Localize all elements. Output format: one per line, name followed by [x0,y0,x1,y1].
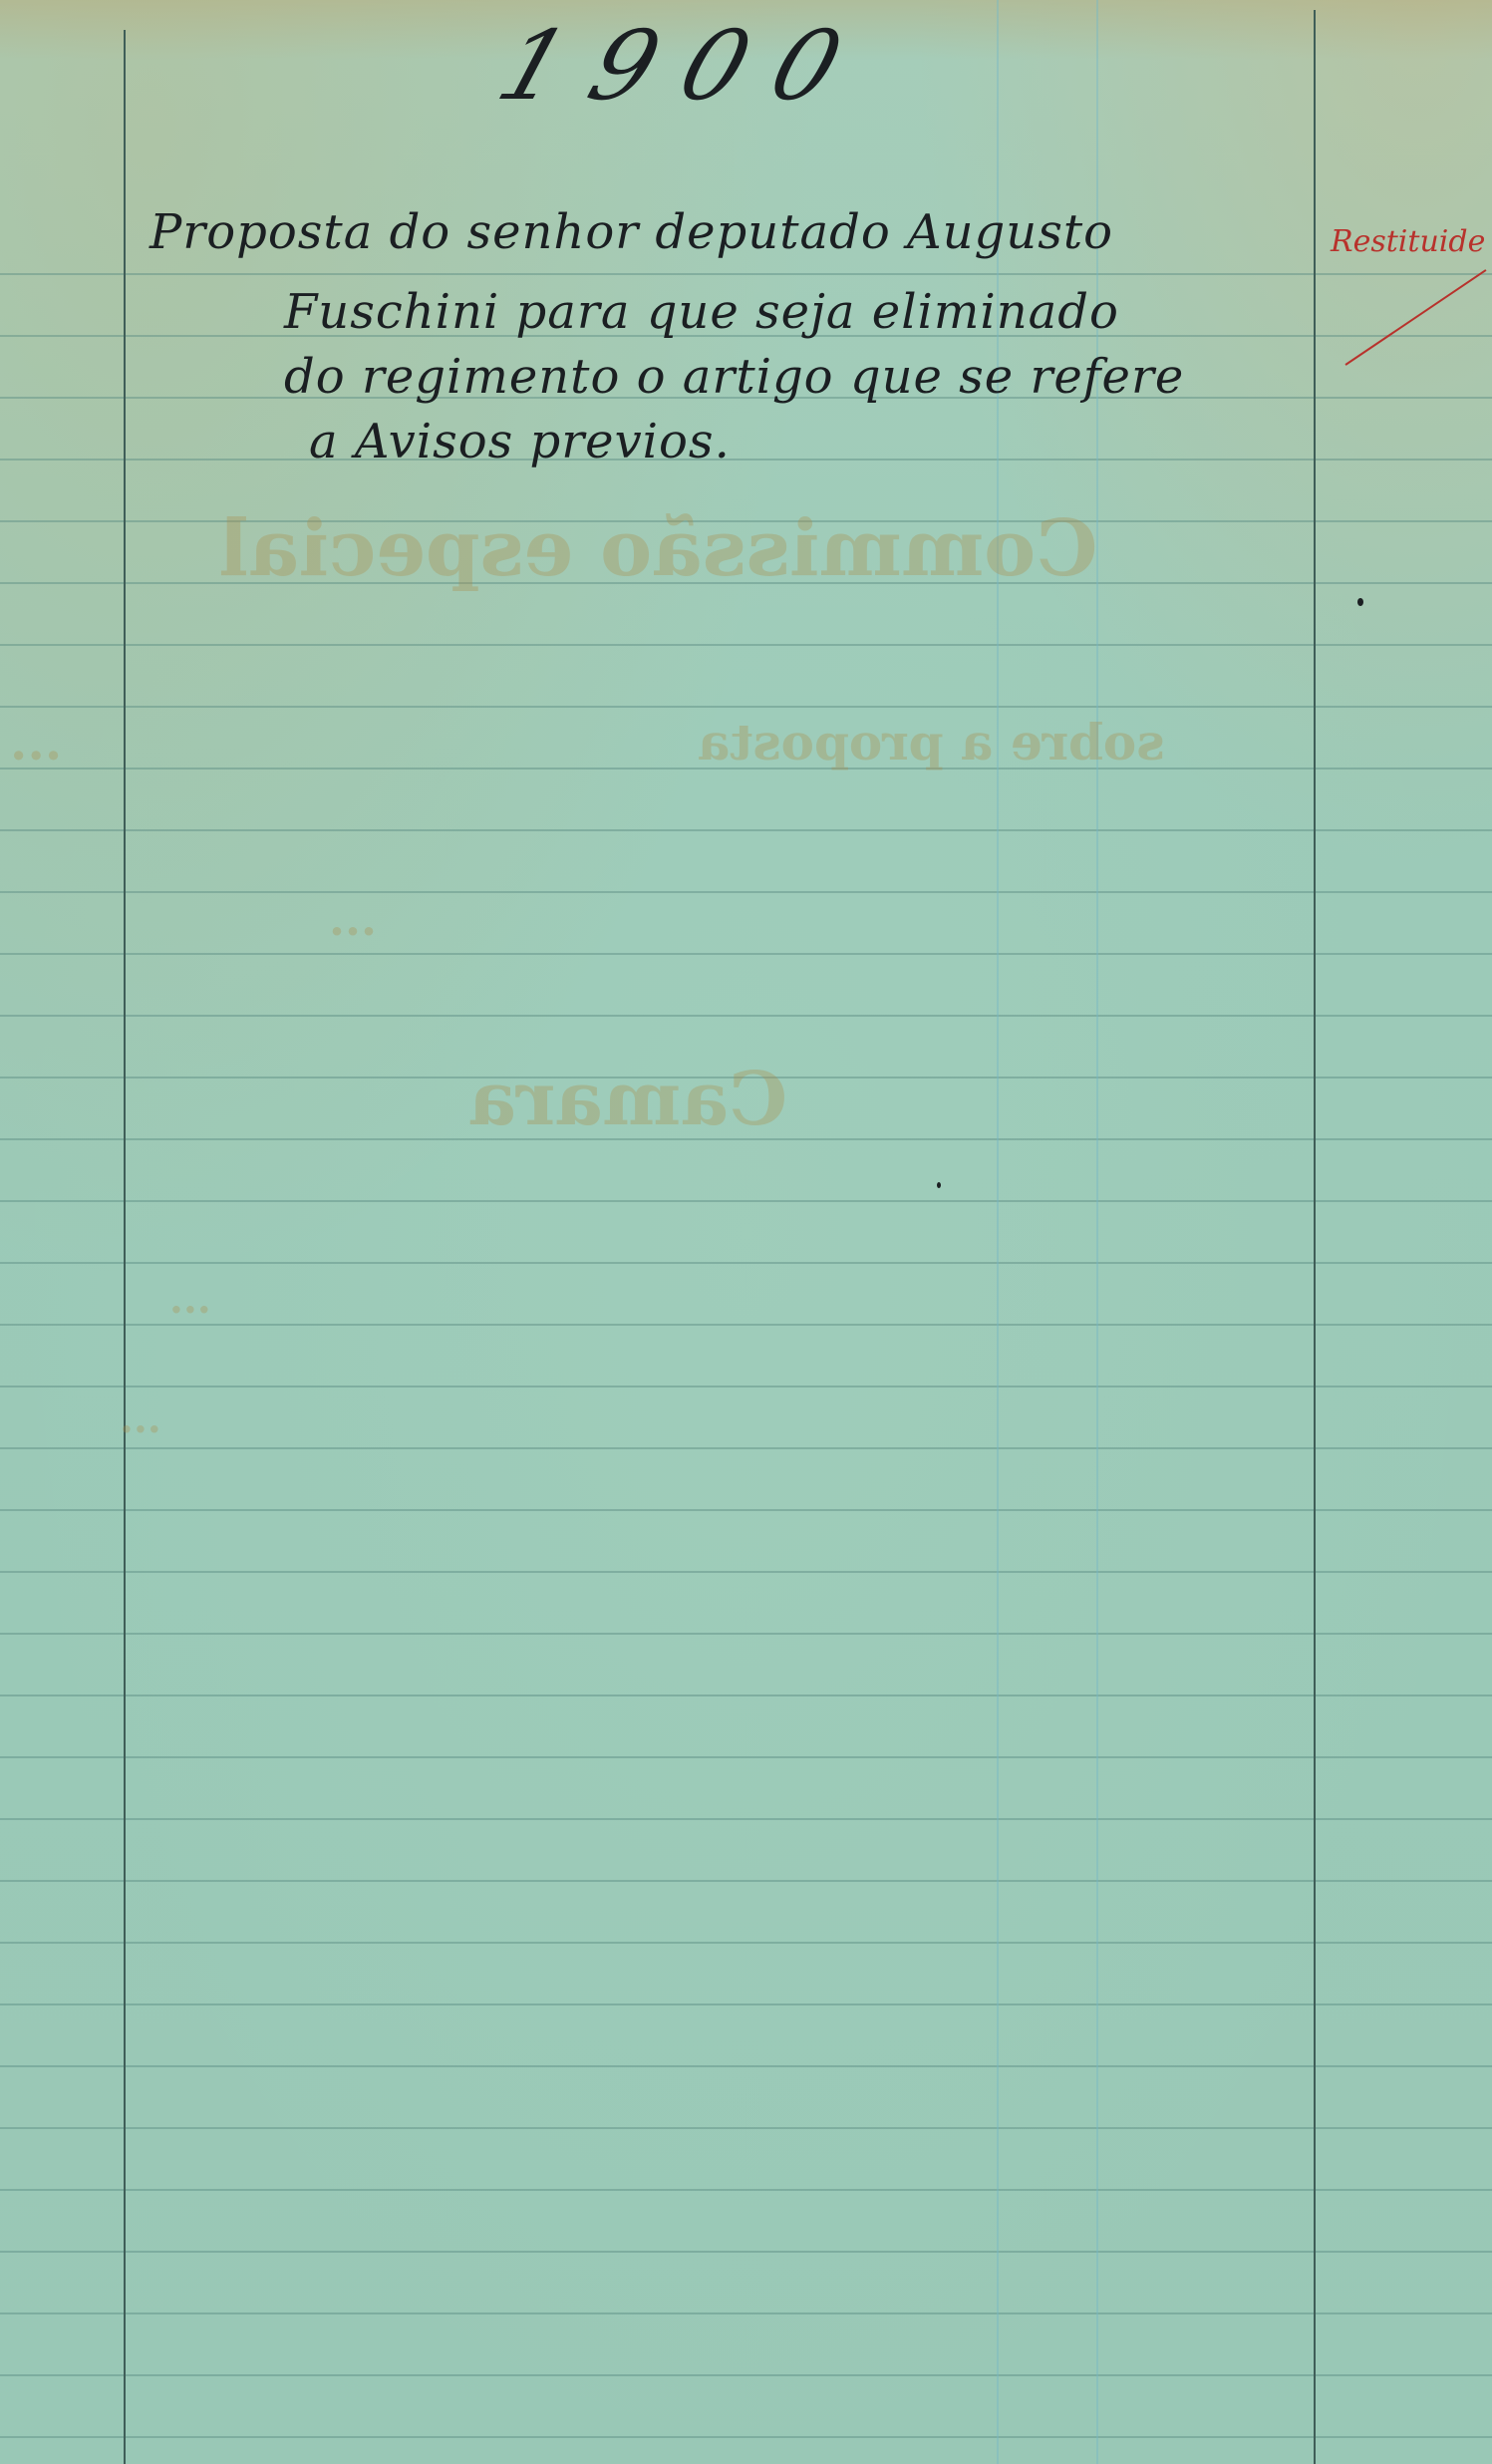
body-line: Proposta do senhor deputado Augusto [149,204,1113,260]
ruled-line [0,891,1492,893]
right-margin-rule [1314,10,1316,2464]
ruled-line [0,1262,1492,1264]
ruled-line [0,1015,1492,1017]
bleed-through-text: ... [329,892,377,946]
ruled-line [0,2065,1492,2067]
paper-sheet: Commissão especial sobre a proposta ... … [0,0,1492,2464]
ruled-line [0,2251,1492,2253]
body-line: do regimento o artigo que se refere [284,349,1184,405]
ruled-line [0,1571,1492,1573]
ruled-line [0,2312,1492,2314]
body-line: Fuschini para que seja eliminado [284,284,1119,340]
ruled-line [0,644,1492,646]
ruled-line [0,1633,1492,1635]
ruled-line [0,1386,1492,1387]
ruled-line [0,2127,1492,2129]
ruled-line [0,1447,1492,1449]
bleed-through-text: ... [120,1395,161,1442]
ruled-line [0,1694,1492,1696]
left-margin-rule [124,30,126,2464]
ruled-line [0,829,1492,831]
ruled-line [0,1756,1492,1758]
margin-annotation: Restituide [1331,224,1485,259]
bleed-through-text: ... [169,1276,211,1323]
body-line: a Avisos previos. [309,414,731,469]
ruled-line [0,1880,1492,1882]
ruled-line [0,1324,1492,1326]
ruled-line [0,2003,1492,2005]
ruled-line [0,1509,1492,1511]
ruled-line [0,706,1492,708]
year-heading: 1900 [485,10,885,122]
bleed-through-text: Commissão especial [219,503,1097,594]
ink-speck [1357,598,1363,606]
ruled-line [0,2436,1492,2438]
bleed-through-text: sobre a proposta [698,713,1164,771]
ruled-line [0,953,1492,955]
ruled-line [0,459,1492,461]
ruled-line [0,273,1492,275]
ruled-line [0,1818,1492,1820]
ruled-line [0,2189,1492,2191]
bleed-through-text: Camara [468,1057,787,1142]
ink-speck [937,1182,941,1188]
ruled-line [0,2374,1492,2376]
bleed-through-text: ... [10,713,62,771]
ruled-line [0,1942,1492,1944]
ruled-line [0,1200,1492,1202]
margin-annotation-stroke [1344,269,1486,366]
